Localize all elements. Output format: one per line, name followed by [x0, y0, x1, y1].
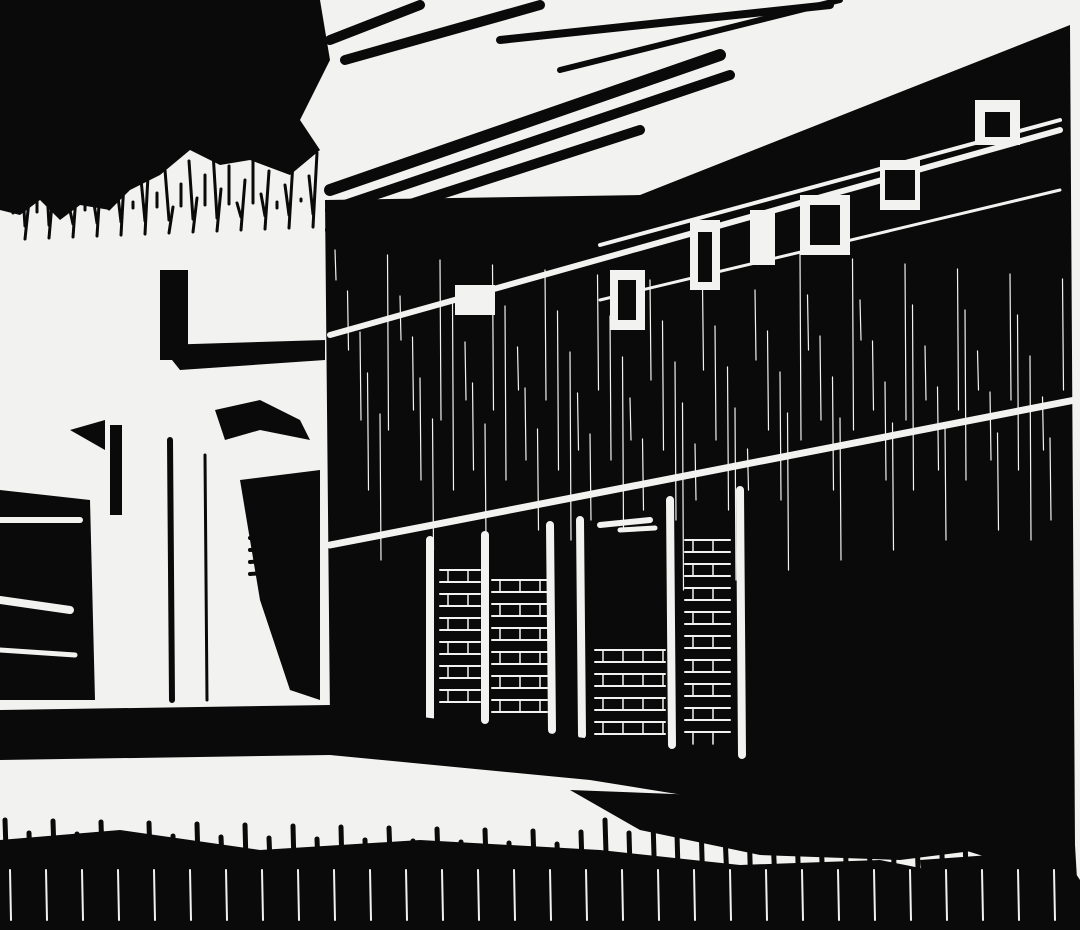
street-grain — [82, 870, 83, 920]
street-drip — [509, 843, 511, 907]
street-grain — [622, 870, 623, 920]
street-drip — [725, 835, 727, 880]
street-drip — [53, 821, 55, 884]
street-drip — [77, 834, 79, 901]
street-grain — [802, 870, 803, 920]
window-pane — [885, 170, 915, 200]
street-drip — [557, 844, 559, 881]
street-drip — [605, 820, 607, 885]
pillar-notch — [110, 425, 122, 515]
street-drip — [365, 840, 367, 895]
street-drip — [269, 838, 271, 887]
street-drip — [653, 821, 655, 889]
street-grain — [838, 870, 839, 920]
street-grain — [118, 870, 119, 920]
door-light — [620, 528, 655, 530]
street-drip — [173, 836, 175, 909]
street-grain — [154, 870, 155, 920]
street-grain — [298, 870, 299, 920]
street-grain — [658, 870, 659, 920]
street-drip — [293, 826, 295, 904]
street-drip — [989, 828, 991, 887]
street-drip — [797, 824, 799, 901]
storefront-column — [550, 525, 552, 730]
street-drip — [149, 823, 151, 892]
street-drip — [533, 831, 535, 894]
street-drip — [101, 822, 103, 888]
street-grain — [586, 870, 587, 920]
street-grain — [766, 870, 767, 920]
street-grain — [1054, 870, 1055, 920]
street-grain — [334, 870, 335, 920]
street-drip — [749, 823, 751, 897]
street-drip — [125, 835, 127, 905]
street-drip — [629, 833, 631, 902]
street-grain — [442, 870, 443, 920]
street-drip — [29, 833, 31, 897]
storefront-column — [670, 500, 672, 745]
street-drip — [869, 838, 871, 892]
upper-window — [750, 210, 775, 265]
street-grain — [190, 870, 191, 920]
street-drip — [485, 830, 487, 890]
street-grain — [46, 870, 47, 920]
street-grain — [226, 870, 227, 920]
street-grain — [1018, 870, 1019, 920]
storefront-column — [740, 490, 742, 755]
street-grain — [982, 870, 983, 920]
street-drip — [941, 827, 943, 883]
street-grain — [874, 870, 875, 920]
street-drip — [437, 829, 439, 886]
street-drip — [389, 828, 391, 882]
street-grain — [262, 870, 263, 920]
street-drip — [197, 824, 199, 896]
street-drip — [773, 836, 775, 884]
street-grain — [694, 870, 695, 920]
street-drip — [677, 834, 679, 906]
upper-window — [455, 285, 495, 315]
street-drip — [317, 839, 319, 891]
woodcut-artwork — [0, 0, 1080, 930]
street-drip — [965, 840, 967, 900]
street-grain — [406, 870, 407, 920]
street-drip — [893, 826, 895, 909]
street-drip — [821, 837, 823, 888]
street-grain — [946, 870, 947, 920]
street-drip — [581, 832, 583, 898]
window-pane — [618, 280, 636, 320]
window-pane — [698, 232, 712, 282]
street-drip — [701, 822, 703, 893]
storefront-column — [580, 520, 582, 735]
street-grain — [730, 870, 731, 920]
street-grain — [514, 870, 515, 920]
window-pane — [985, 112, 1010, 137]
street-grain — [910, 870, 911, 920]
street-drip — [845, 825, 847, 905]
lamp-post-edge — [205, 455, 207, 700]
street-drip — [413, 841, 415, 899]
street-drip — [461, 842, 463, 903]
street-drip — [5, 820, 7, 880]
window-pane — [810, 205, 840, 245]
street-grain — [478, 870, 479, 920]
street-grain — [370, 870, 371, 920]
street-drip — [221, 837, 223, 883]
lamp-post — [170, 440, 172, 700]
street-drip — [917, 839, 919, 896]
street-grain — [550, 870, 551, 920]
street-drip — [1061, 842, 1063, 908]
street-drip — [245, 825, 247, 900]
street-drip — [341, 827, 343, 908]
street-grain — [10, 870, 11, 920]
street-drip — [1013, 841, 1015, 904]
street-drip — [1037, 829, 1039, 891]
